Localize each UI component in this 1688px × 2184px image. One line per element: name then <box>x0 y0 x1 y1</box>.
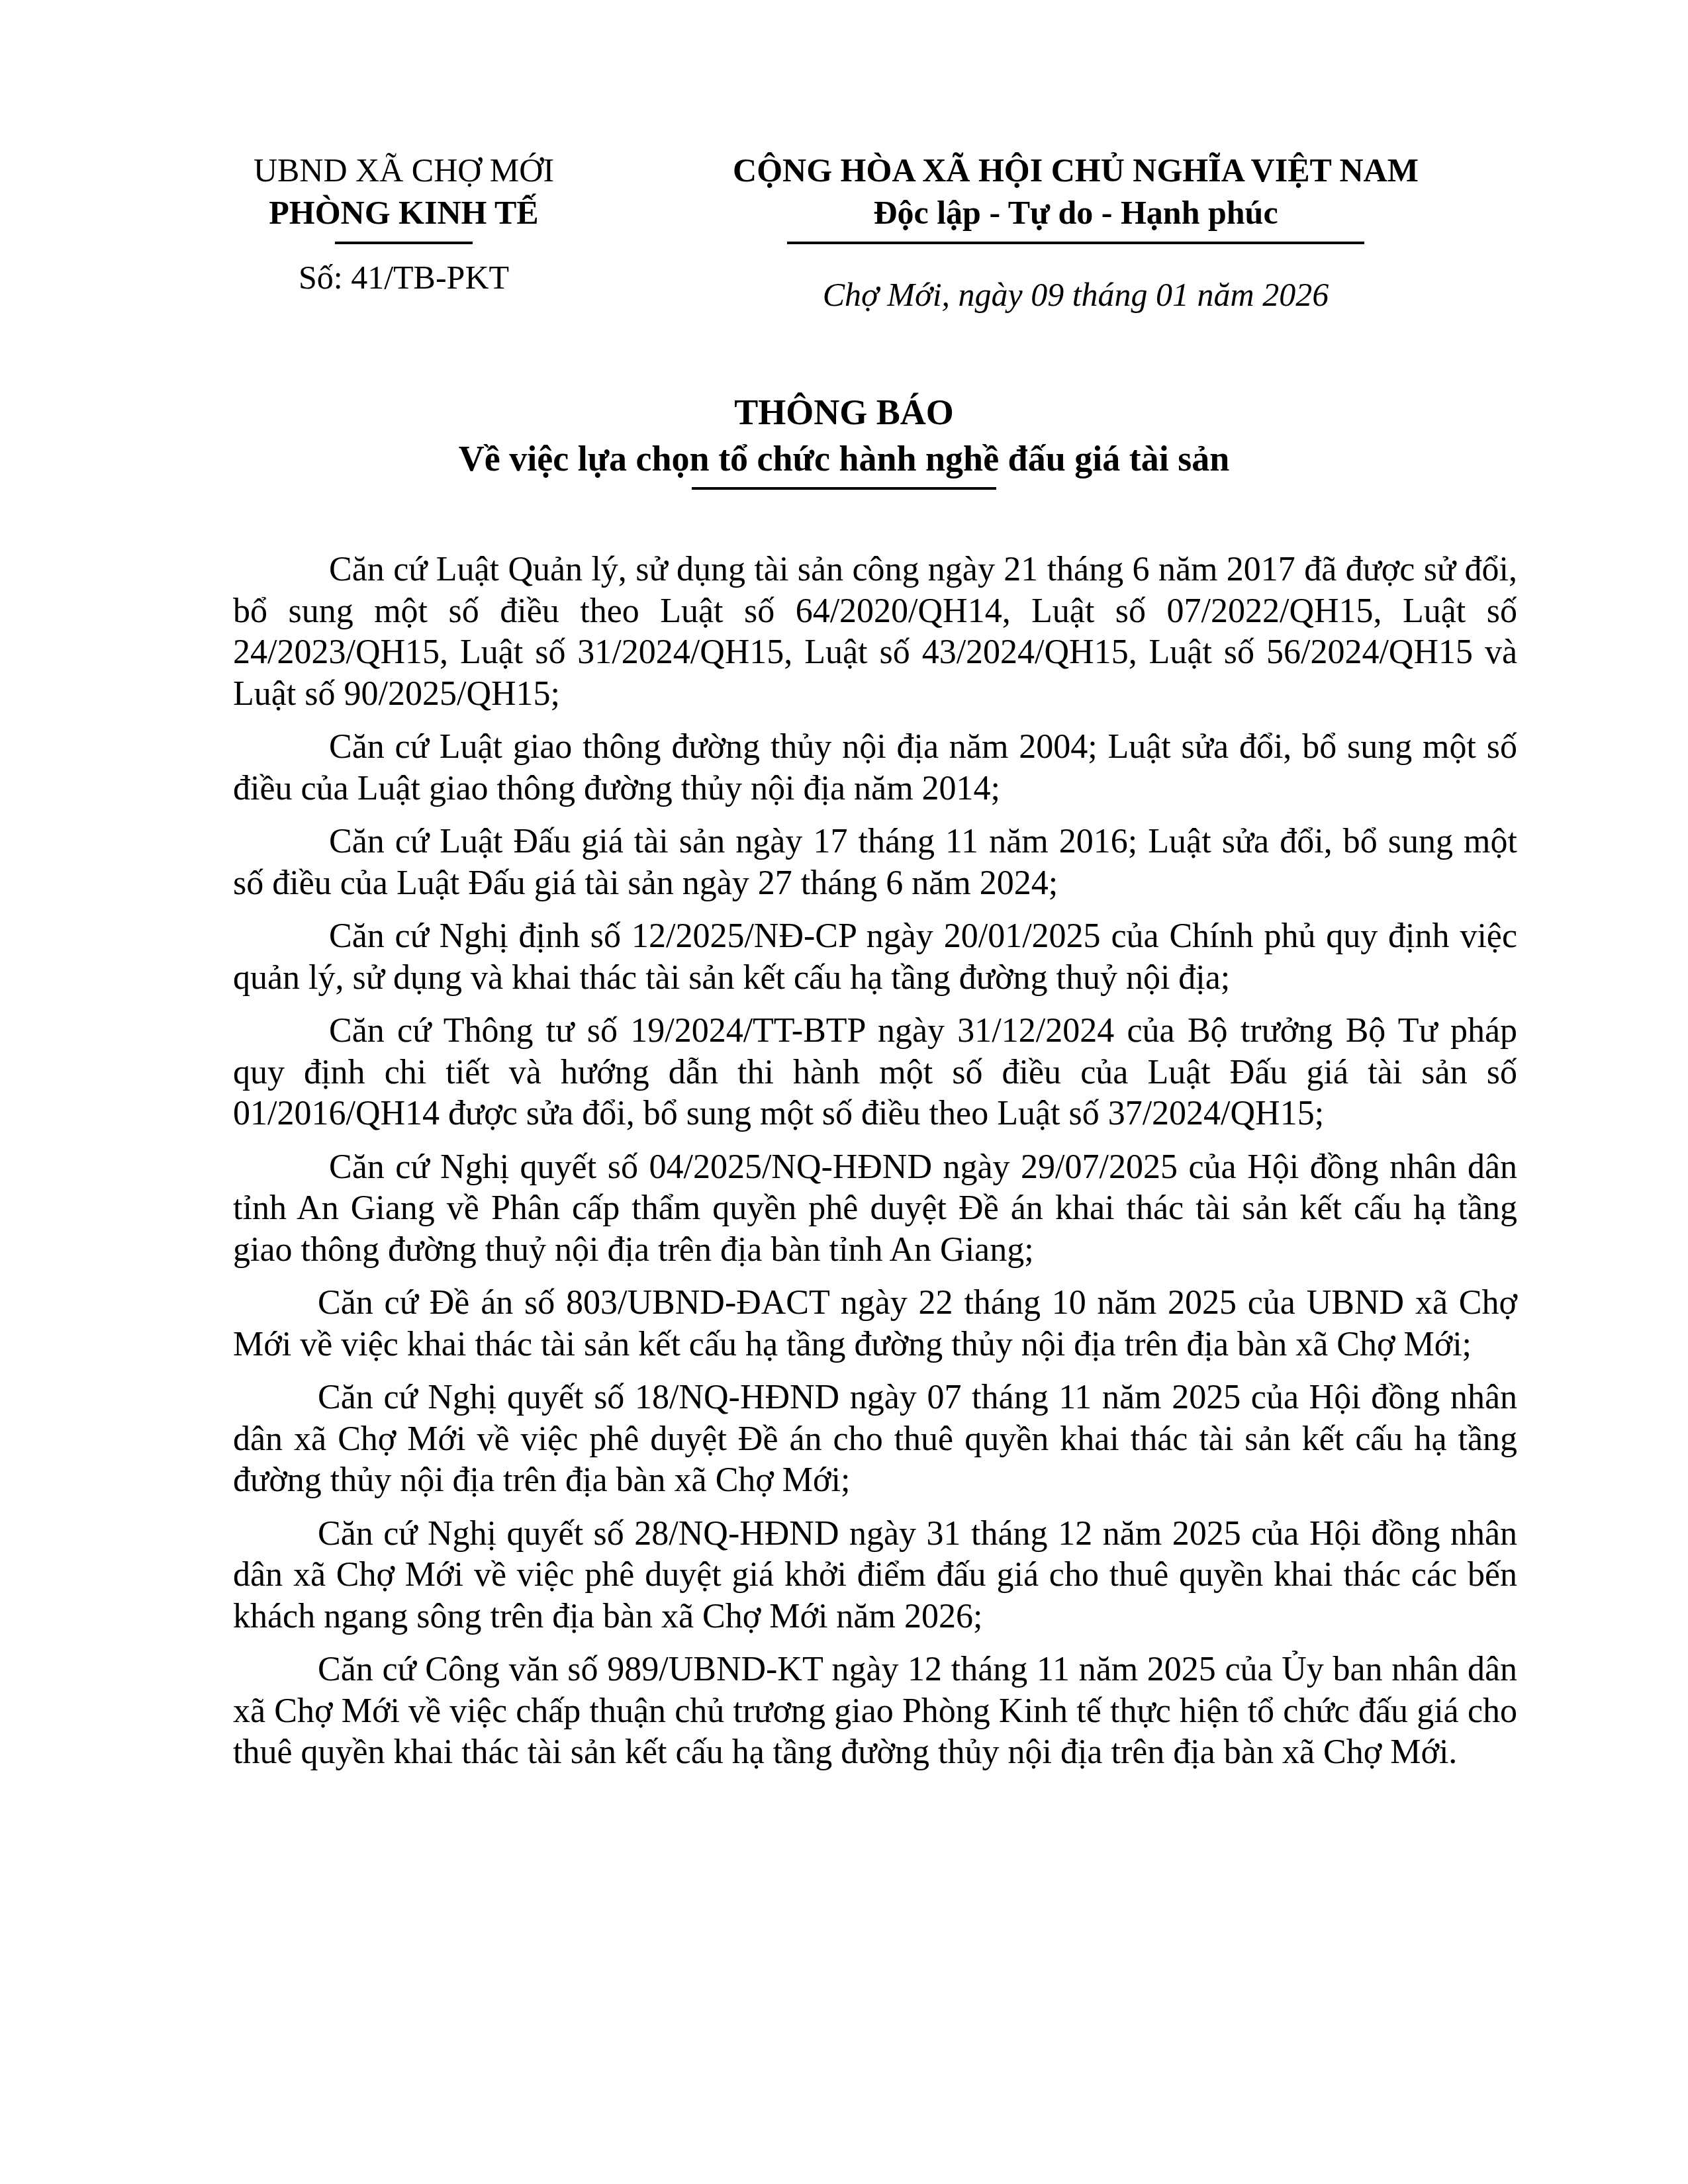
legal-basis-paragraph: Căn cứ Luật giao thông đường thủy nội đị… <box>233 727 1517 809</box>
place-and-date: Chợ Mới, ngày 09 tháng 01 năm 2026 <box>662 273 1489 316</box>
document-title-block: THÔNG BÁO Về việc lựa chọn tổ chức hành … <box>0 389 1688 490</box>
national-motto: Độc lập - Tự do - Hạnh phúc <box>662 191 1489 234</box>
document-body: Căn cứ Luật Quản lý, sử dụng tài sản côn… <box>233 549 1517 1786</box>
legal-basis-paragraph: Căn cứ Luật Đấu giá tài sản ngày 17 thán… <box>233 821 1517 904</box>
legal-basis-paragraph: Căn cứ Nghị quyết số 28/NQ-HĐND ngày 31 … <box>233 1514 1517 1638</box>
agency-underline <box>335 242 473 244</box>
legal-basis-paragraph: Căn cứ Luật Quản lý, sử dụng tài sản côn… <box>233 549 1517 715</box>
legal-basis-paragraph: Căn cứ Đề án số 803/UBND-ĐACT ngày 22 th… <box>233 1283 1517 1365</box>
title-underline <box>692 487 996 490</box>
legal-basis-paragraph: Căn cứ Công văn số 989/UBND-KT ngày 12 t… <box>233 1649 1517 1774</box>
agency-name: UBND XÃ CHỢ MỚI <box>199 149 609 191</box>
issuing-authority-block: UBND XÃ CHỢ MỚI PHÒNG KINH TẾ Số: 41/TB-… <box>199 149 609 298</box>
document-number: Số: 41/TB-PKT <box>199 256 609 298</box>
legal-basis-paragraph: Căn cứ Nghị quyết số 18/NQ-HĐND ngày 07 … <box>233 1377 1517 1502</box>
document-type: THÔNG BÁO <box>0 389 1688 435</box>
national-title: CỘNG HÒA XÃ HỘI CHỦ NGHĨA VIỆT NAM <box>662 149 1489 191</box>
legal-basis-paragraph: Căn cứ Nghị định số 12/2025/NĐ-CP ngày 2… <box>233 916 1517 999</box>
legal-basis-paragraph: Căn cứ Thông tư số 19/2024/TT-BTP ngày 3… <box>233 1011 1517 1135</box>
department-name: PHÒNG KINH TẾ <box>199 191 609 234</box>
motto-underline <box>787 242 1364 244</box>
document-subject: Về việc lựa chọn tổ chức hành nghề đấu g… <box>0 435 1688 482</box>
national-heading-block: CỘNG HÒA XÃ HỘI CHỦ NGHĨA VIỆT NAM Độc l… <box>662 149 1489 316</box>
legal-basis-paragraph: Căn cứ Nghị quyết số 04/2025/NQ-HĐND ngà… <box>233 1147 1517 1271</box>
